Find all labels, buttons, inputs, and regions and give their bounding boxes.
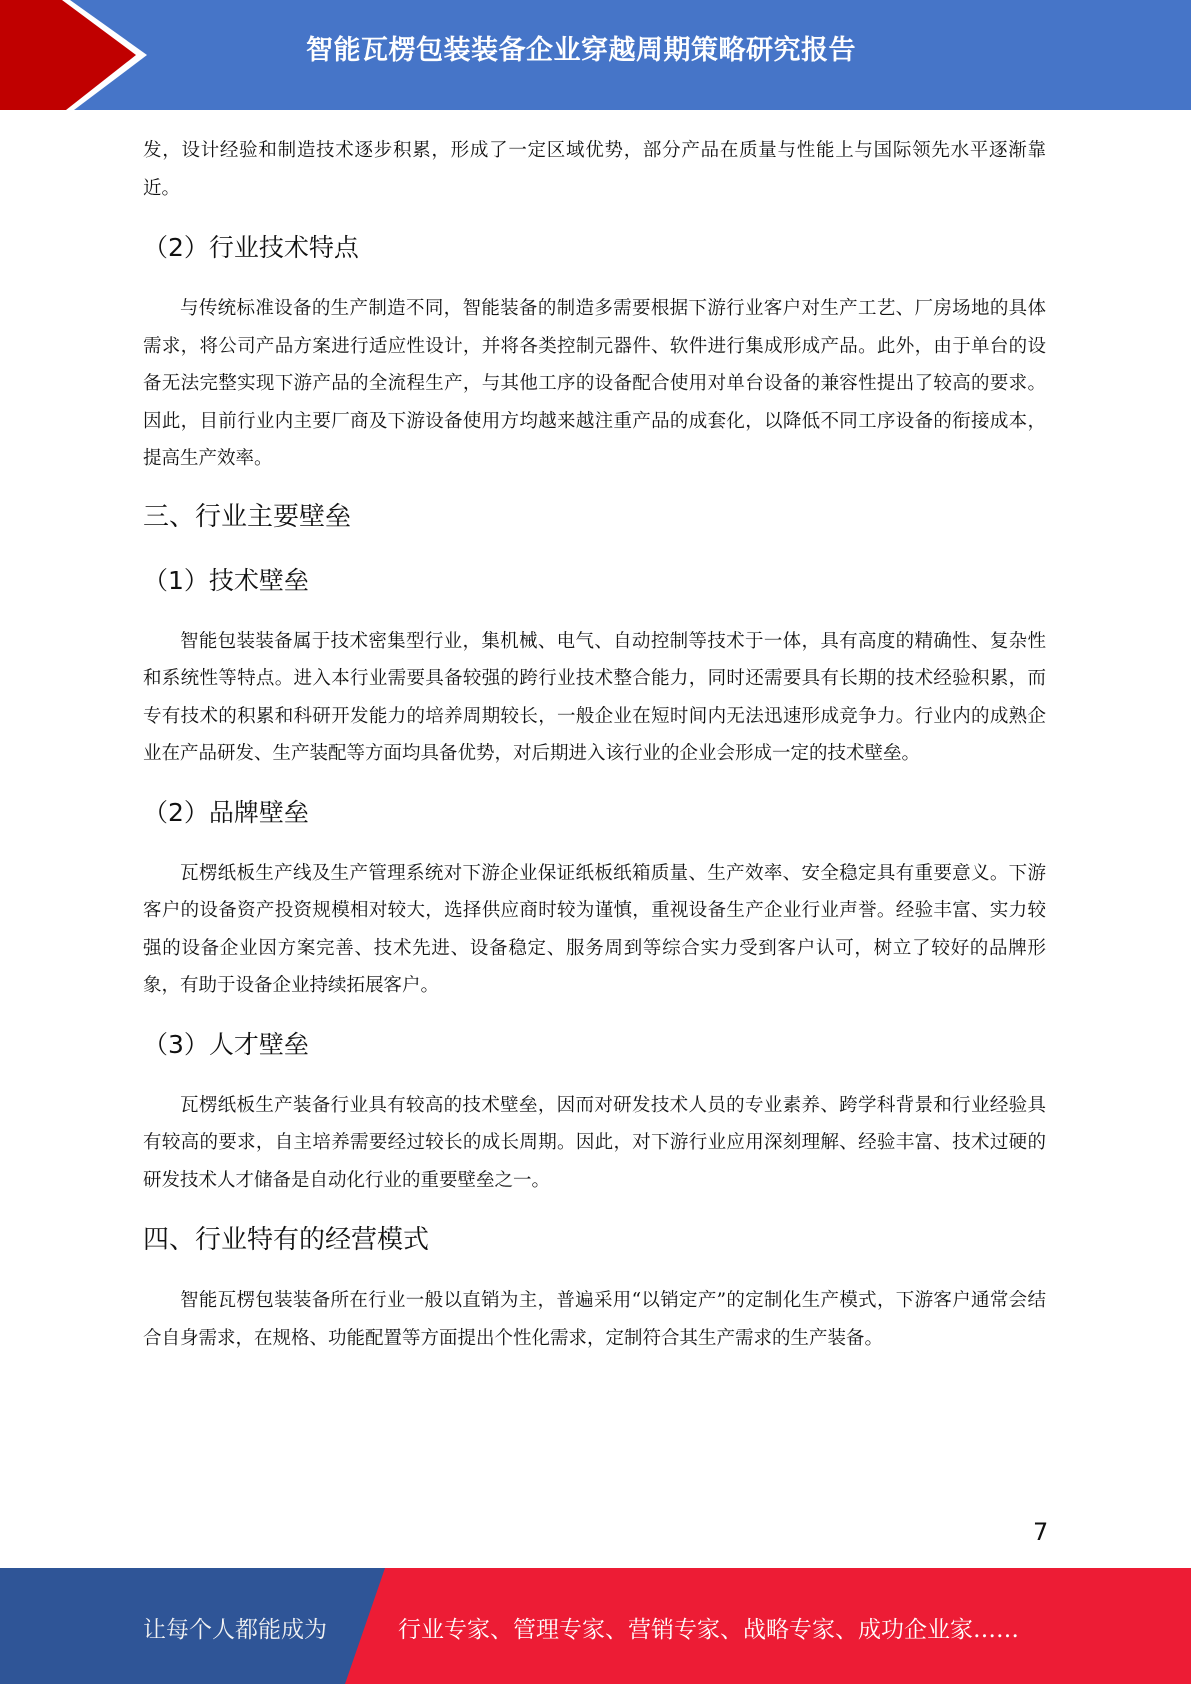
page-number: 7 bbox=[1033, 1518, 1048, 1546]
paragraph-continuation: 发，设计经验和制造技术逐步积累，形成了一定区域优势，部分产品在质量与性能上与国际… bbox=[143, 132, 1046, 207]
report-title: 智能瓦楞包装装备企业穿越周期策略研究报告 bbox=[306, 28, 856, 67]
document-body: 发，设计经验和制造技术逐步积累，形成了一定区域优势，部分产品在质量与性能上与国际… bbox=[143, 132, 1046, 1357]
paragraph-tech-barrier: 智能包装装备属于技术密集型行业，集机械、电气、自动控制等技术于一体，具有高度的精… bbox=[143, 623, 1046, 773]
heading-talent-barrier: （3）人才壁垒 bbox=[143, 1025, 1046, 1061]
paragraph-brand-barrier: 瓦楞纸板生产线及生产管理系统对下游企业保证纸板纸箱质量、生产效率、安全稳定具有重… bbox=[143, 855, 1046, 1005]
heading-tech-barrier: （1）技术壁垒 bbox=[143, 561, 1046, 597]
heading-tech-features: （2）行业技术特点 bbox=[143, 228, 1046, 264]
heading-brand-barrier: （2）品牌壁垒 bbox=[143, 793, 1046, 829]
paragraph-talent-barrier: 瓦楞纸板生产装备行业具有较高的技术壁垒，因而对研发技术人员的专业素养、跨学科背景… bbox=[143, 1087, 1046, 1200]
chevron-arrow-icon bbox=[0, 0, 200, 110]
paragraph-tech-features: 与传统标准设备的生产制造不同，智能装备的制造多需要根据下游行业客户对生产工艺、厂… bbox=[143, 290, 1046, 478]
heading-section-3: 三、行业主要壁垒 bbox=[143, 496, 1046, 533]
footer-slogan-right: 行业专家、管理专家、营销专家、战略专家、成功企业家…… bbox=[398, 1611, 1019, 1644]
heading-section-4: 四、行业特有的经营模式 bbox=[143, 1219, 1046, 1256]
paragraph-business-model: 智能瓦楞包装装备所在行业一般以直销为主，普遍采用“以销定产”的定制化生产模式，下… bbox=[143, 1282, 1046, 1357]
page-header: 智能瓦楞包装装备企业穿越周期策略研究报告 bbox=[0, 0, 1191, 110]
footer-slogan-left: 让每个人都能成为 bbox=[143, 1611, 327, 1644]
page-footer: 让每个人都能成为 行业专家、管理专家、营销专家、战略专家、成功企业家…… bbox=[0, 1568, 1191, 1684]
